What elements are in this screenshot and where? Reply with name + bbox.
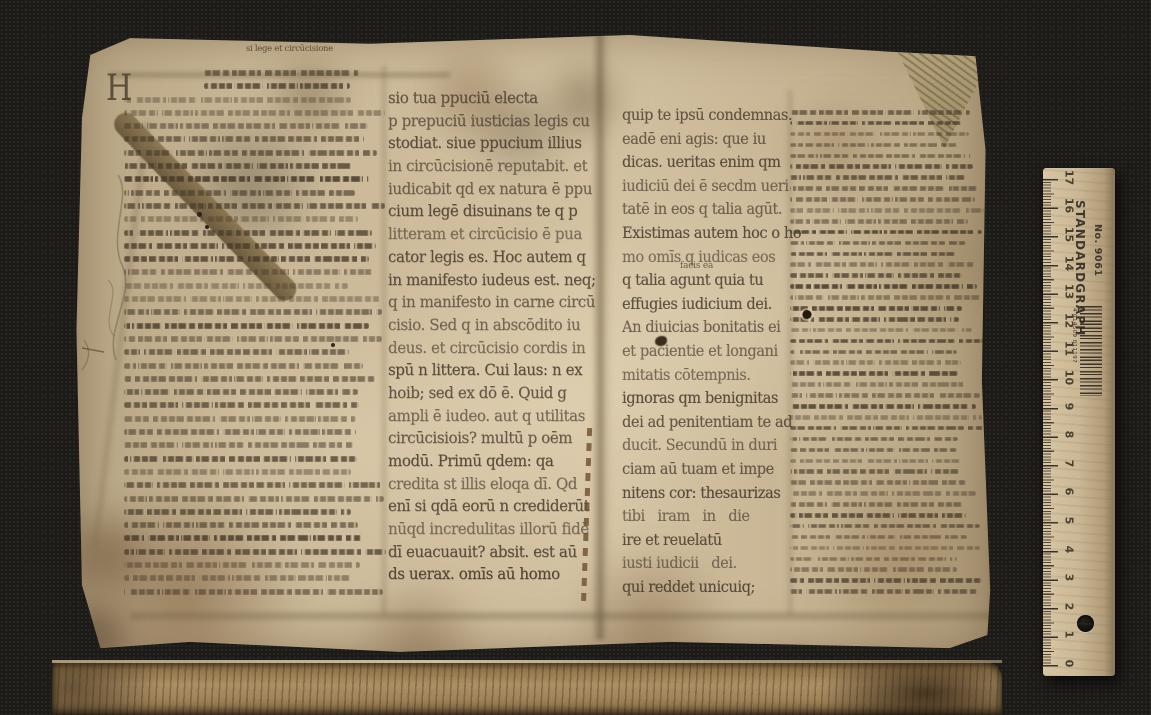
text-line: q talia agunt quia tu — [622, 269, 800, 294]
ruler-barcode-digits: 4 014509 011197 — [1071, 308, 1077, 363]
text-line: eadē eni agis: que iu — [622, 128, 800, 153]
scribble-text-line — [790, 262, 975, 267]
scribble-text-line — [124, 336, 382, 342]
scribble-text-line — [790, 491, 976, 496]
ruler-centimeter-ticks — [1043, 179, 1058, 667]
scribble-text-line — [790, 513, 966, 518]
manuscript-cover: H si lege et circūcisione sio tua ppuciū… — [70, 30, 992, 655]
scribble-text-line — [124, 349, 349, 355]
text-line: cium legē disuinans te q p — [388, 199, 620, 223]
scribble-text-line — [790, 219, 968, 224]
scribble-text-line — [124, 496, 384, 502]
scribble-text-line — [790, 186, 979, 191]
ruler-number: 8 — [1063, 426, 1076, 444]
text-line: cator legis es. Hoc autem q — [388, 245, 620, 269]
scribble-text-line — [124, 176, 369, 182]
scribble-text-line — [790, 295, 982, 300]
text-line: circūcisiois? multū p oēm — [388, 426, 620, 450]
scribble-text-line — [124, 230, 372, 236]
text-line: ire et reuelatū — [622, 529, 800, 554]
text-line: hoib; sed ex dō ē. Quid g — [388, 381, 620, 405]
scribble-text-line — [124, 323, 369, 329]
scribble-text-line — [124, 283, 348, 289]
scribble-text-line — [124, 402, 359, 408]
scribble-text-line — [790, 306, 962, 311]
scribble-text-line — [124, 442, 354, 448]
scribble-text-line — [790, 382, 967, 387]
wormhole — [197, 212, 202, 217]
text-line: mitatis cōtempnis. — [622, 364, 800, 389]
right-gloss-column — [790, 110, 986, 600]
ruler-number: 4 — [1063, 540, 1076, 558]
scribble-text-line — [124, 123, 368, 129]
scribble-text-line — [790, 578, 982, 583]
scribble-text-line — [124, 429, 356, 435]
ruler-barcode — [1080, 306, 1102, 396]
scribble-text-line — [124, 296, 383, 302]
scribble-text-line — [790, 469, 960, 474]
bottom-leaf-edge — [52, 660, 1002, 715]
scribble-text-line — [124, 575, 352, 581]
ruler-number: 7 — [1063, 454, 1076, 472]
scribble-text-line — [124, 163, 354, 169]
scribble-text-line — [124, 456, 357, 462]
scribble-text-line — [790, 328, 972, 333]
text-line: stodiat. siue ppucium illius — [388, 131, 620, 155]
text-line: qui reddet unicuiq; — [622, 576, 800, 601]
text-line: in circūcisionē reputabit. et — [388, 154, 620, 178]
scribble-text-line — [790, 154, 972, 159]
text-line: iudicabit qd ex natura ē ppu — [388, 177, 620, 201]
scribble-text-line — [790, 197, 975, 202]
scribble-text-line — [790, 164, 973, 169]
text-line: Existimas autem hoc o ho — [622, 222, 800, 247]
scribble-text-line — [124, 190, 355, 196]
ruler: 01234567891011121314151617 STANDARDGRAPH… — [1043, 168, 1115, 676]
scribble-text-line — [790, 502, 963, 507]
text-line: An diuicias bonitatis ei — [622, 316, 800, 341]
scribble-text-line — [124, 150, 377, 156]
scribble-text-line — [124, 110, 385, 116]
photo-background: H si lege et circūcisione sio tua ppuciū… — [0, 0, 1151, 715]
interlinear-gloss: facis ea — [680, 261, 713, 271]
scribble-text-line — [124, 469, 351, 475]
scribble-text-line — [790, 589, 977, 594]
scribble-text-line — [124, 97, 351, 103]
ruler-hanging-hole — [1077, 615, 1094, 632]
ruler-number: 5 — [1063, 512, 1076, 530]
text-line: q in manifesto in carne circū — [388, 290, 620, 314]
ruler-number: 10 — [1063, 369, 1076, 387]
scribble-text-line — [790, 415, 982, 420]
scribble-text-line — [790, 143, 959, 148]
scribble-text-line — [124, 389, 358, 395]
text-line: dei ad penitentiam te ad — [622, 411, 800, 436]
scribble-text-line — [124, 203, 385, 209]
scribble-text-line — [124, 309, 382, 315]
text-line: iusti iudicii dei. — [622, 552, 800, 577]
right-text-column: quip te ipsū condemnas.eadē eni agis: qu… — [622, 104, 800, 599]
scribble-text-line — [790, 350, 957, 355]
scribble-text-line — [790, 459, 962, 464]
text-line: tatē in eos q talia agūt. — [622, 198, 800, 223]
text-line: nitens cor: thesaurizas — [622, 482, 800, 507]
text-line: iudiciū dei ē secdm ueri — [622, 175, 800, 200]
scribble-text-line — [790, 175, 966, 180]
scribble-text-line — [204, 83, 351, 89]
scribble-text-line — [790, 546, 980, 551]
ruler-number: 9 — [1063, 397, 1076, 415]
scribble-text-line — [790, 284, 977, 289]
scribble-text-line — [124, 522, 358, 528]
text-line: deus. et circūcisio cordis in — [388, 336, 620, 360]
text-line: tibi iram in die — [622, 505, 800, 530]
left-block-legible-fragment: si lege et circūcisione — [246, 44, 333, 54]
ruler-number: 17 — [1063, 168, 1076, 186]
text-line: spū n littera. Cui laus: n ex — [388, 358, 620, 382]
scribble-text-line — [790, 208, 984, 213]
text-line: ciam aū tuam et impe — [622, 458, 800, 483]
scribble-text-line — [124, 136, 364, 142]
scribble-text-line — [124, 363, 363, 369]
scribble-text-line — [790, 339, 983, 344]
scribble-text-line — [124, 535, 362, 541]
wormhole — [331, 343, 335, 347]
scribble-text-line — [790, 567, 957, 572]
text-line: litteram et circūcisio ē pua — [388, 222, 620, 246]
text-line: cisio. Sed q in abscōdito iu — [388, 313, 620, 337]
scribble-text-line — [790, 524, 980, 529]
scribble-text-line — [790, 317, 959, 322]
scribble-text-line — [124, 549, 386, 555]
scribble-text-line — [124, 216, 358, 222]
bottom-crease — [130, 612, 990, 620]
scribble-text-line — [790, 437, 958, 442]
scribble-text-line — [790, 448, 957, 453]
ruler-number: 6 — [1063, 483, 1076, 501]
ruler-number: 3 — [1063, 569, 1076, 587]
ruler-number: 0 — [1063, 655, 1076, 673]
scribble-text-line — [790, 426, 984, 431]
text-line: ignoras qm benignitas — [622, 387, 800, 412]
text-line: ducit. Secundū in duri — [622, 434, 800, 459]
scribble-text-line — [790, 132, 969, 137]
text-line: dicas. ueritas enim qm — [622, 151, 800, 176]
scribble-text-line — [790, 110, 970, 115]
scribble-text-line — [790, 230, 982, 235]
scribble-text-line — [124, 562, 360, 568]
text-line: ampli ē iudeo. aut q utilitas — [388, 404, 620, 428]
ruler-number: 2 — [1063, 597, 1076, 615]
scribble-text-line — [790, 404, 976, 409]
scribble-text-line — [124, 256, 369, 262]
text-line: in manifesto iudeus est. neq; — [388, 268, 620, 292]
scribble-text-line — [124, 243, 376, 249]
scribble-text-line — [790, 371, 959, 376]
ruler-number: 1 — [1063, 626, 1076, 644]
wormhole — [205, 225, 209, 229]
text-line: p prepuciū iusticias legis cu — [388, 109, 620, 133]
scribble-text-line — [124, 269, 373, 275]
scribble-text-line — [790, 252, 956, 257]
parchment-hole — [802, 310, 812, 319]
scribble-text-line — [204, 70, 360, 76]
text-line: quip te ipsū condemnas. — [622, 104, 800, 129]
scribble-text-line — [790, 393, 980, 398]
scribble-text-line — [790, 557, 957, 562]
scribble-text-line — [790, 121, 963, 126]
scribble-text-line — [124, 376, 375, 382]
scribble-text-line — [790, 535, 967, 540]
text-line: sio tua ppuciū electa — [388, 86, 620, 110]
scribble-text-line — [124, 482, 382, 488]
scribble-text-line — [790, 241, 966, 246]
scribble-text-line — [790, 360, 961, 365]
scribble-text-line — [124, 589, 383, 595]
scribble-text-line — [124, 509, 351, 515]
left-commentary-block — [124, 70, 390, 602]
text-line: et pacientie et longani — [622, 340, 800, 365]
scribble-text-line — [790, 480, 966, 485]
ruler-model-label: No. 9061 — [1092, 224, 1103, 277]
scribble-text-line — [124, 416, 356, 422]
scribble-text-line — [790, 273, 962, 278]
text-line: effugies iudicium dei. — [622, 293, 800, 318]
